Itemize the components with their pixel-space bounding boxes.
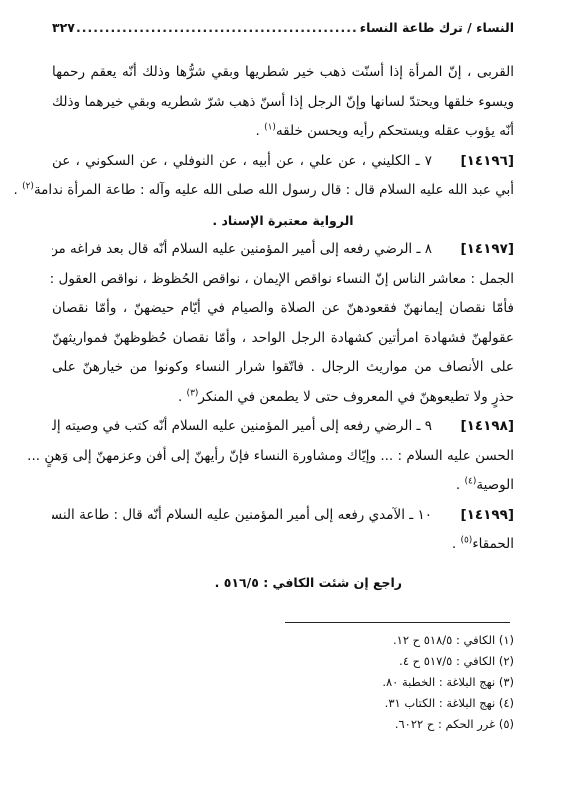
footnote-ref[interactable]: (٥) — [460, 536, 472, 546]
text-line: أنّه يؤوب عقله ويستحكم رأيه ويحسن خلقه(١… — [52, 117, 514, 147]
text-line: الحمقاء(٥) . — [52, 530, 514, 560]
text-line: الحسن عليه السلام : ... وإيّاك ومشاورة ا… — [52, 442, 514, 472]
running-head: النساء / ترك طاعة النساء ...............… — [52, 20, 514, 40]
hadith-14199: [١٤١٩٩] ١٠ ـ الآمدي رفعه إلى أمير المؤمن… — [52, 501, 514, 531]
text-line: القربى ، إنّ المرأة إذا أسنّت ذهب خير شط… — [52, 58, 514, 88]
hadith-number: [١٤١٩٨] — [432, 412, 514, 442]
cross-reference: راجع إن شئت الكافي : ٥١٦/٥ . — [215, 575, 402, 590]
hadith-grading: الرواية معتبرة الإسناد . — [52, 206, 514, 236]
footnote-divider — [285, 622, 510, 623]
text-line: ويسوء خلقها ويحتدّ لسانها وإنّ الرجل إذا… — [52, 88, 514, 118]
text-line: الجمل : معاشر الناس إنّ النساء نواقص الإ… — [52, 265, 514, 295]
text-line: أبي عبد الله عليه السلام قال : قال رسول … — [52, 176, 514, 206]
text-line: ٨ ـ الرضي رفعه إلى أمير المؤمنين عليه ال… — [52, 235, 432, 265]
footnote-1: (١) الكافي : ٥١٨/٥ ح ١٢. — [214, 630, 514, 651]
hadith-14197: [١٤١٩٧] ٨ ـ الرضي رفعه إلى أمير المؤمنين… — [52, 235, 514, 265]
text-line: عقولهنّ فشهادة امرأتين كشهادة الرجل الوا… — [52, 324, 514, 354]
footnote-2: (٢) الكافي : ٥١٧/٥ ح ٤. — [214, 651, 514, 672]
text-line: الوصية(٤) . — [52, 471, 514, 501]
footnote-3: (٣) نهج البلاغة : الخطبة ٨٠. — [214, 672, 514, 693]
hadith-number: [١٤١٩٦] — [432, 147, 514, 177]
footnote-ref[interactable]: (٢) — [22, 182, 34, 192]
footnote-ref[interactable]: (١) — [264, 123, 276, 133]
page-number: ٣٢٧ — [52, 20, 75, 35]
running-head-title: النساء / ترك طاعة النساء — [360, 20, 514, 35]
text-line: ٩ ـ الرضي رفعه إلى أمير المؤمنين عليه ال… — [52, 412, 432, 442]
footnote-ref[interactable]: (٣) — [187, 388, 199, 398]
text-line: ٧ ـ الكليني ، عن علي ، عن أبيه ، عن النو… — [52, 147, 432, 177]
footnotes: (١) الكافي : ٥١٨/٥ ح ١٢. (٢) الكافي : ٥١… — [214, 630, 514, 735]
footnote-5: (٥) غرر الحكم : ح ٦٠٢٢. — [214, 714, 514, 735]
hadith-number: [١٤١٩٩] — [432, 501, 514, 531]
text-line: على الأنصاف من مواريث الرجال . فاتّقوا ش… — [52, 353, 514, 383]
leader-dots: ........................................… — [77, 20, 358, 35]
hadith-14198: [١٤١٩٨] ٩ ـ الرضي رفعه إلى أمير المؤمنين… — [52, 412, 514, 442]
hadith-number: [١٤١٩٧] — [432, 235, 514, 265]
text-line: حذرٍ ولا تطيعوهنّ في المعروف حتى لا يطمع… — [52, 383, 514, 413]
footnote-4: (٤) نهج البلاغة : الكتاب ٣١. — [214, 693, 514, 714]
text-line: ١٠ ـ الآمدي رفعه إلى أمير المؤمنين عليه … — [52, 501, 432, 531]
body-text: القربى ، إنّ المرأة إذا أسنّت ذهب خير شط… — [52, 58, 514, 560]
footnote-ref[interactable]: (٤) — [465, 477, 477, 487]
hadith-14196: [١٤١٩٦] ٧ ـ الكليني ، عن علي ، عن أبيه ،… — [52, 147, 514, 177]
text-line: فأمّا نقصان إيمانهنّ فقعودهنّ عن الصلاة … — [52, 294, 514, 324]
